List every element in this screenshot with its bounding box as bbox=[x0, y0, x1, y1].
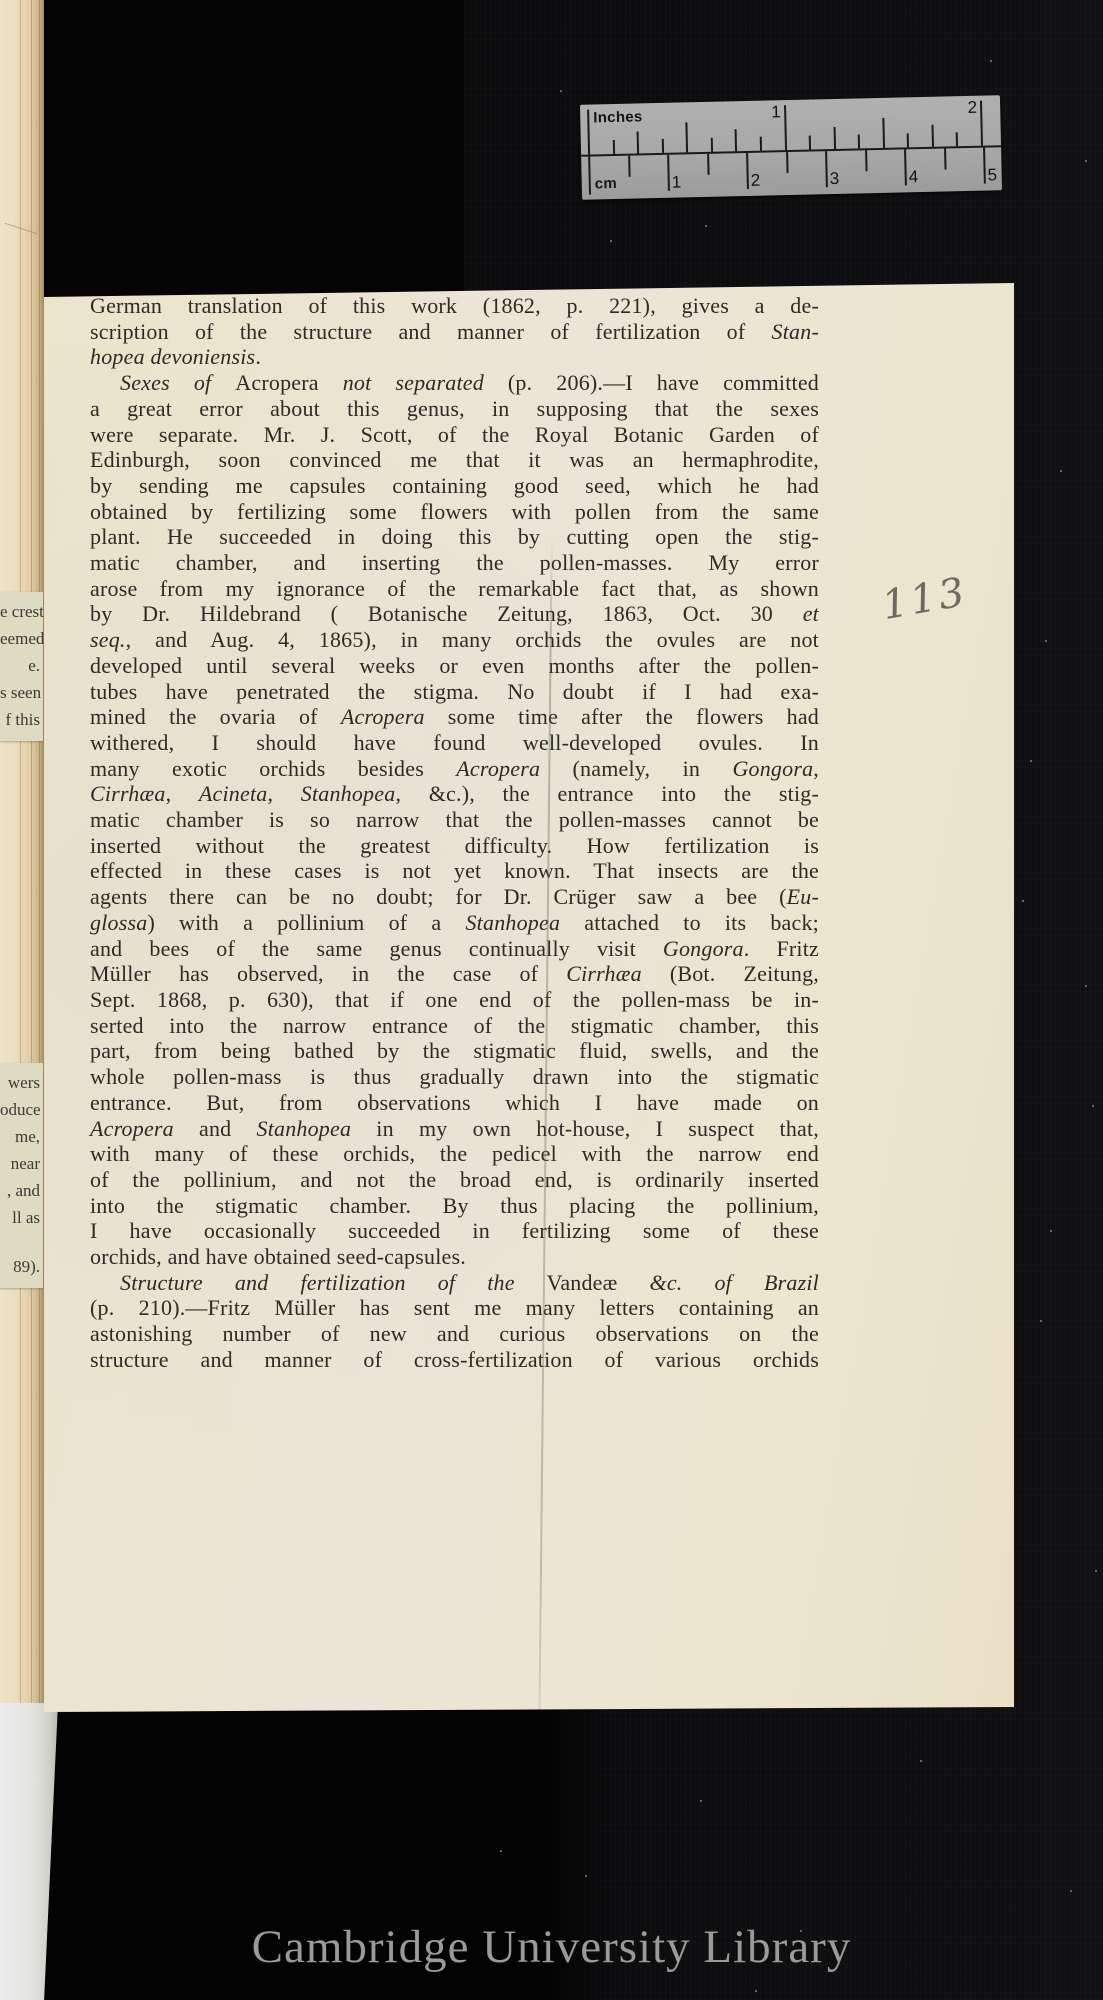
text-line: and bees of the same genus continually v… bbox=[90, 936, 819, 962]
ruler-tick bbox=[858, 134, 860, 148]
text-line: by sending me capsules containing good s… bbox=[90, 473, 819, 499]
text-line: with many of these orchids, the pedicel … bbox=[90, 1141, 819, 1167]
ruler-tick bbox=[637, 131, 639, 153]
ruler-tick bbox=[711, 138, 713, 152]
dust-speck bbox=[1085, 985, 1087, 987]
ruler-tick bbox=[809, 136, 811, 150]
text-line: matic chamber, and inserting the pollen-… bbox=[90, 550, 819, 576]
ruler-tick bbox=[931, 125, 933, 147]
text-line: Sept. 1868, p. 630), that if one end of … bbox=[90, 987, 819, 1013]
dust-speck bbox=[500, 1850, 502, 1852]
ruler-zero-line bbox=[587, 110, 591, 195]
dust-speck bbox=[1060, 470, 1062, 472]
text-line: Sexes of Acropera not separated (p. 206)… bbox=[90, 370, 819, 396]
text-line: scription of the structure and manner of… bbox=[90, 319, 819, 345]
text-line: serted into the narrow entrance of the s… bbox=[90, 1013, 819, 1039]
ruler-tick bbox=[707, 154, 709, 175]
text-line: matic chamber is so narrow that the poll… bbox=[90, 807, 819, 833]
fragment-line: near bbox=[0, 1150, 40, 1177]
dust-speck bbox=[755, 1990, 757, 1992]
text-line: Acropera and Stanhopea in my own hot-hou… bbox=[90, 1116, 819, 1142]
fragment-line: wers bbox=[0, 1069, 40, 1096]
ruler-tick bbox=[825, 151, 828, 187]
text-line: astonishing number of new and curious ob… bbox=[90, 1321, 819, 1347]
fragment-line: f this bbox=[0, 706, 40, 733]
text-line: orchids, and have obtained seed-capsules… bbox=[90, 1244, 819, 1270]
ruler-midline bbox=[581, 145, 1001, 157]
dust-speck bbox=[1030, 760, 1032, 762]
ruler-tick bbox=[944, 148, 946, 169]
text-line: arose from my ignorance of the remarkabl… bbox=[90, 576, 819, 602]
dust-speck bbox=[1045, 640, 1047, 642]
ruler-number: 1 bbox=[672, 173, 682, 193]
ruler-tick bbox=[686, 122, 689, 152]
text-line: whole pollen-mass is thus gradually draw… bbox=[90, 1064, 819, 1090]
ruler-tick bbox=[980, 101, 983, 146]
book-page: German translation of this work (1862, p… bbox=[44, 280, 1014, 1712]
fragment-line: e. bbox=[0, 652, 40, 679]
page-edge-line bbox=[31, 0, 32, 1706]
pencil-folio-number: 113 bbox=[879, 569, 971, 629]
text-line: Cirrhæa, Acineta, Stanhopea, &c.), the e… bbox=[90, 781, 819, 807]
text-line: agents there can be no doubt; for Dr. Cr… bbox=[90, 884, 819, 910]
facing-page-fragment-lower: wersoduceme,near, andll as89). bbox=[0, 1063, 43, 1288]
dust-speck bbox=[920, 1760, 922, 1762]
dust-speck bbox=[1050, 1230, 1052, 1232]
fragment-line: 89). bbox=[0, 1253, 40, 1280]
dust-speck bbox=[1022, 900, 1024, 902]
text-line: entrance. But, from observations which I… bbox=[90, 1090, 819, 1116]
text-line: many exotic orchids besides Acropera (na… bbox=[90, 756, 819, 782]
text-line: part, from being bathed by the stigmatic… bbox=[90, 1038, 819, 1064]
text-line: effected in these cases is not yet known… bbox=[90, 858, 819, 884]
page-edge-line bbox=[20, 0, 21, 1706]
text-line: seq., and Aug. 4, 1865), in many orchids… bbox=[90, 627, 819, 653]
text-line: glossa) with a pollinium of a Stanhopea … bbox=[90, 910, 819, 936]
ruler-number: 4 bbox=[908, 167, 918, 187]
ruler-tick bbox=[735, 129, 737, 151]
measuring-ruler: Inches cm 1212345 bbox=[580, 95, 1002, 200]
page-text-block: German translation of this work (1862, p… bbox=[90, 293, 819, 1373]
facing-page-fragment-upper: e cresteemede.s seenf this bbox=[0, 592, 43, 741]
text-line: mined the ovaria of Acropera some time a… bbox=[90, 704, 819, 730]
page-edge-line bbox=[39, 0, 40, 1706]
ruler-tick bbox=[784, 105, 787, 150]
dust-speck bbox=[1085, 160, 1087, 162]
dust-speck bbox=[1095, 1570, 1097, 1572]
fragment-line: me, bbox=[0, 1123, 40, 1150]
text-line: Müller has observed, in the case of Cirr… bbox=[90, 961, 819, 987]
dust-speck bbox=[1092, 1105, 1094, 1107]
text-line: of the pollinium, and not the broad end,… bbox=[90, 1167, 819, 1193]
book-page-edges: e cresteemede.s seenf this wersoduceme,n… bbox=[0, 0, 44, 1706]
dust-speck bbox=[585, 1875, 587, 1877]
ruler-tick bbox=[760, 137, 762, 151]
fragment-line: ll as bbox=[0, 1204, 40, 1231]
text-line: into the stigmatic chamber. By thus plac… bbox=[90, 1193, 819, 1219]
ruler-tick bbox=[983, 148, 986, 184]
dust-speck bbox=[700, 1800, 702, 1802]
fragment-line: s seen bbox=[0, 679, 40, 706]
text-line: developed until several weeks or even mo… bbox=[90, 653, 819, 679]
black-mask-top bbox=[40, 0, 464, 299]
library-watermark: Cambridge University Library bbox=[0, 1920, 1103, 1974]
ruler-tick bbox=[865, 150, 867, 171]
text-line: structure and manner of cross-fertilizat… bbox=[90, 1347, 819, 1373]
ruler-tick bbox=[661, 139, 663, 153]
ruler-number: 1 bbox=[763, 102, 780, 122]
text-line: hopea devoniensis. bbox=[90, 344, 819, 370]
dust-speck bbox=[705, 225, 707, 227]
dust-speck bbox=[560, 90, 562, 92]
ruler-tick bbox=[904, 149, 907, 185]
dust-speck bbox=[1070, 1890, 1072, 1892]
ruler-cm-label: cm bbox=[595, 175, 618, 193]
text-line: German translation of this work (1862, p… bbox=[90, 293, 819, 319]
ruler-inches-label: Inches bbox=[593, 108, 643, 126]
text-line: obtained by fertilizing some flowers wit… bbox=[90, 499, 819, 525]
fragment-line: eemed bbox=[0, 625, 40, 652]
text-line: I have occasionally succeeded in fertili… bbox=[90, 1218, 819, 1244]
ruler-tick bbox=[956, 132, 958, 146]
fragment-line: oduce bbox=[0, 1096, 40, 1123]
text-line: inserted without the greatest difficulty… bbox=[90, 833, 819, 859]
ruler-tick bbox=[786, 152, 788, 173]
text-line: (p. 210).—Fritz Müller has sent me many … bbox=[90, 1295, 819, 1321]
ruler-number: 3 bbox=[830, 169, 840, 189]
fragment-line: e crest bbox=[0, 598, 40, 625]
ruler-tick bbox=[833, 127, 835, 149]
ruler-number: 2 bbox=[960, 98, 977, 118]
ruler-tick bbox=[612, 140, 614, 154]
ruler-tick bbox=[907, 133, 909, 147]
text-line: by Dr. Hildebrand ( Botanische Zeitung, … bbox=[90, 601, 819, 627]
ruler-number: 5 bbox=[987, 165, 997, 185]
ruler-number: 2 bbox=[751, 171, 761, 191]
dust-speck bbox=[990, 60, 992, 62]
text-line: tubes have penetrated the stigma. No dou… bbox=[90, 679, 819, 705]
ruler-tick bbox=[746, 153, 749, 189]
text-line: withered, I should have found well-devel… bbox=[90, 730, 819, 756]
ruler-tick bbox=[667, 155, 670, 191]
fragment-line: , and bbox=[0, 1177, 40, 1204]
text-line: plant. He succeeded in doing this by cut… bbox=[90, 524, 819, 550]
photo-stage: e cresteemede.s seenf this wersoduceme,n… bbox=[0, 0, 1103, 2000]
text-line: were separate. Mr. J. Scott, of the Roya… bbox=[90, 422, 819, 448]
text-line: a great error about this genus, in suppo… bbox=[90, 396, 819, 422]
ruler-tick bbox=[882, 118, 885, 148]
dust-speck bbox=[1040, 1320, 1042, 1322]
text-line: Edinburgh, soon convinced me that it was… bbox=[90, 447, 819, 473]
text-line: Structure and fertilization of the Vande… bbox=[90, 1270, 819, 1296]
ruler-tick bbox=[628, 156, 630, 177]
dust-speck bbox=[610, 240, 612, 242]
